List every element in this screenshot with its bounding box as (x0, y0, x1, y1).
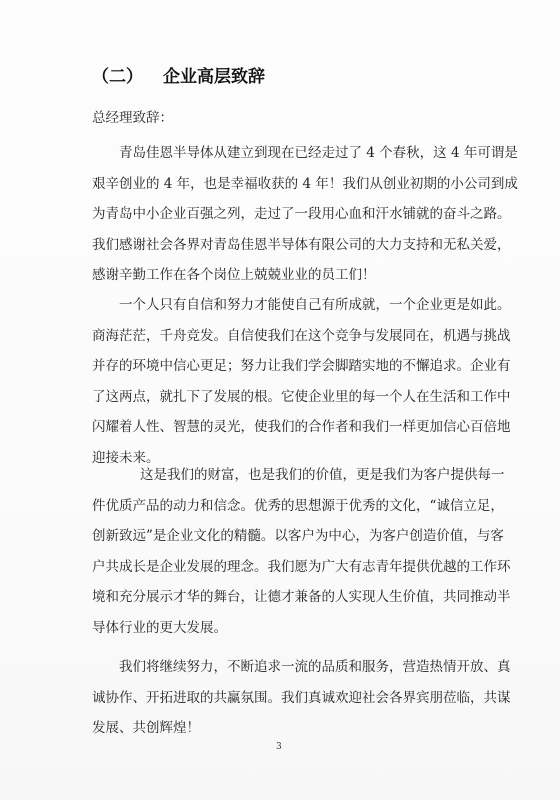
paragraph-line: 感谢辛勤工作在各个岗位上兢兢业业的员工们！ (92, 260, 474, 291)
paragraph-line: 我们感谢社会各界对青岛佳恩半导体有限公司的大力支持和无私关爱， (92, 230, 474, 261)
paragraph-line: 一个人只有自信和努力才能使自己有所成就，一个企业更是如此。 (92, 290, 474, 321)
page-number: 3 (276, 742, 282, 752)
paragraph-line: 发展、共创辉煌！ (92, 713, 474, 744)
paragraph-line: 导体行业的更大发展。 (92, 613, 474, 644)
paragraph-line: 闪耀着人性、智慧的灵光，使我们的合作者和我们一样更加信心百倍地 (92, 412, 474, 443)
paragraph-line: 户共成长是企业发展的理念。我们愿为广大有志青年提供优越的工作环 (92, 552, 474, 583)
paragraph-line: 商海茫茫，千舟竞发。自信使我们在这个竞争与发展同在，机遇与挑战 (92, 321, 474, 352)
paragraph-line: 件优质产品的动力和信念。优秀的思想源于优秀的文化，“诚信立足， (92, 491, 474, 522)
paragraph-line: 并存的环境中信心更足；努力让我们学会脚踏实地的不懈追求。企业有 (92, 351, 474, 382)
speech-subheading: 总经理致辞： (92, 106, 173, 126)
section-heading: （二）企业高层致辞 (92, 62, 265, 87)
paragraph-line: 艰辛创业的 4 年，也是幸福收获的 4 年！我们从创业初期的小公司到成 (92, 169, 474, 200)
paragraph-line: 境和充分展示才华的舞台，让德才兼备的人实现人生价值，共同推动半 (92, 582, 474, 613)
paragraph-line: 青岛佳恩半导体从建立到现在已经走过了 4 个春秋，这 4 年可谓是 (92, 138, 474, 169)
section-number: （二） (92, 67, 143, 87)
paragraph-line: 我们将继续努力，不断追求一流的品质和服务，营造热情开放、真 (92, 652, 474, 683)
paragraph-line: 为青岛中小企业百强之列，走过了一段用心血和汗水铺就的奋斗之路。 (92, 199, 474, 230)
paragraph-3: 这是我们的财富，也是我们的价值，更是我们为客户提供每一 件优质产品的动力和信念。… (92, 460, 474, 643)
paragraph-line: 这是我们的财富，也是我们的价值，更是我们为客户提供每一 (92, 460, 474, 491)
paragraph-4: 我们将继续努力，不断追求一流的品质和服务，营造热情开放、真 诚协作、开拓进取的共… (92, 652, 474, 744)
paragraph-line: 了这两点，就扎下了发展的根。它使企业里的每一个人在生活和工作中 (92, 382, 474, 413)
paragraph-line: 诚协作、开拓进取的共赢氛围。我们真诚欢迎社会各界宾朋莅临，共谋 (92, 683, 474, 714)
paragraph-line: 创新致远”是企业文化的精髓。以客户为中心，为客户创造价值，与客 (92, 521, 474, 552)
section-title: 企业高层致辞 (163, 67, 265, 87)
paragraph-2: 一个人只有自信和努力才能使自己有所成就，一个企业更是如此。 商海茫茫，千舟竞发。… (92, 290, 474, 473)
paragraph-1: 青岛佳恩半导体从建立到现在已经走过了 4 个春秋，这 4 年可谓是 艰辛创业的 … (92, 138, 474, 291)
document-page: （二）企业高层致辞 总经理致辞： 青岛佳恩半导体从建立到现在已经走过了 4 个春… (0, 0, 560, 800)
